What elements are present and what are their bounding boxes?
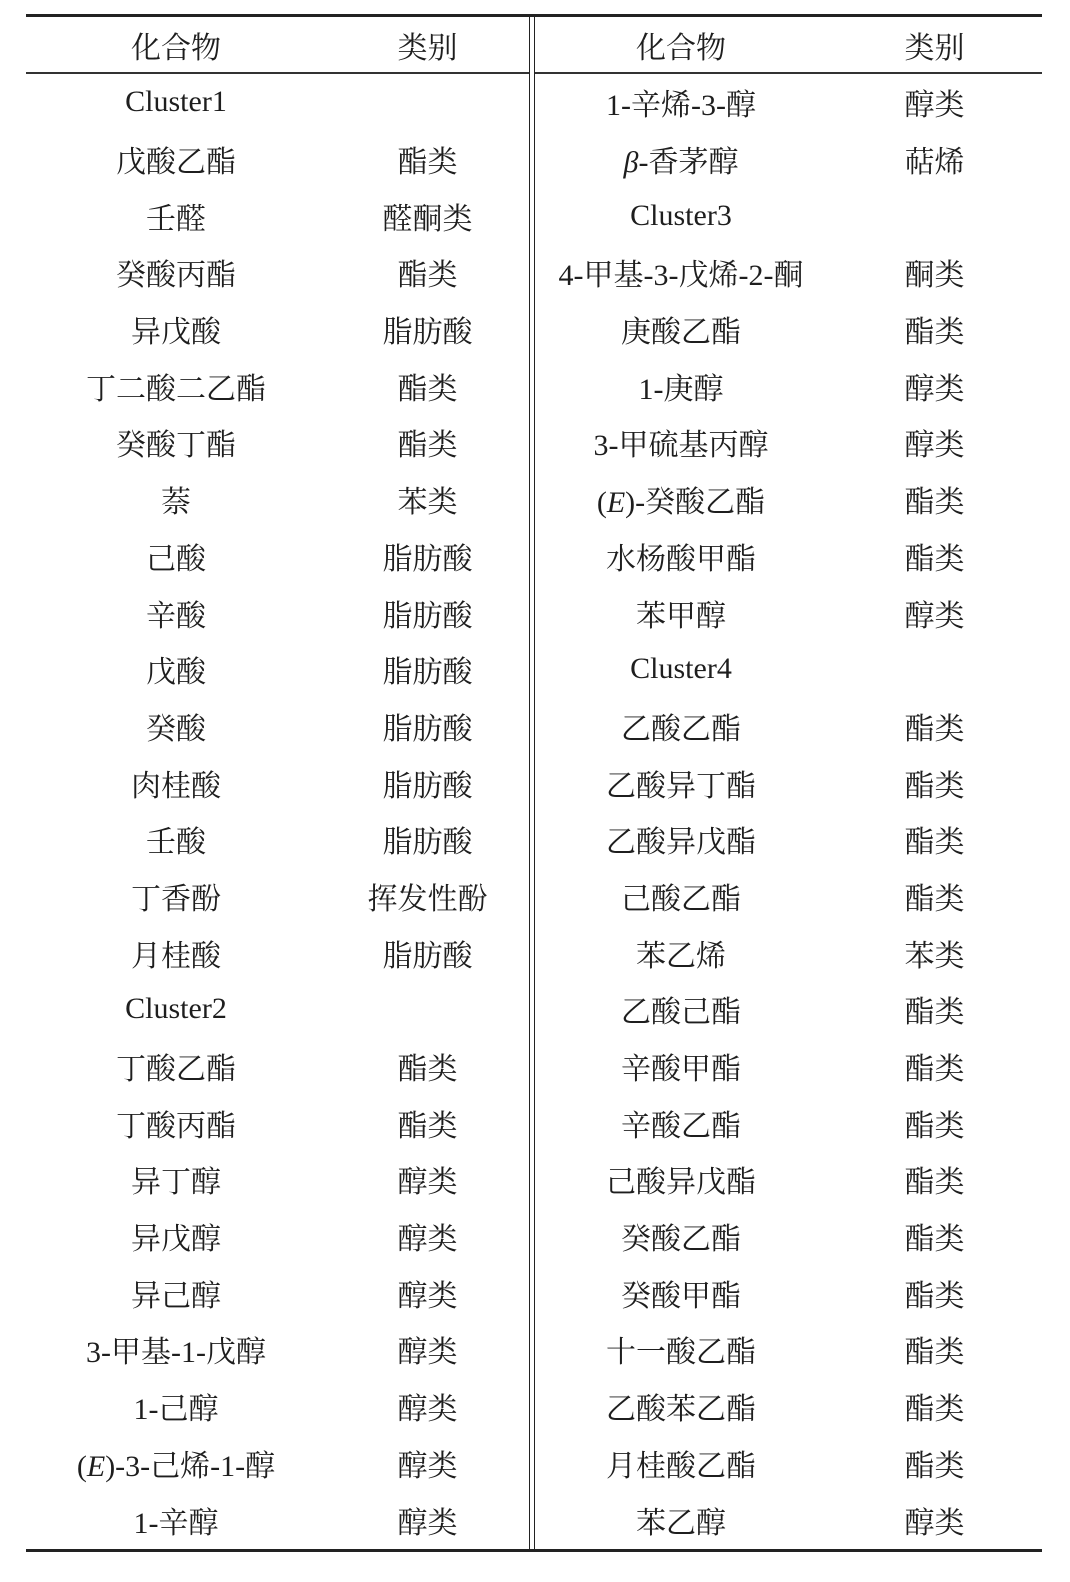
compound-name: 苯甲醇 bbox=[535, 591, 827, 635]
compound-name: 肉桂酸 bbox=[26, 761, 326, 805]
header-compound: 化合物 bbox=[535, 23, 827, 67]
compound-category: 酯类 bbox=[326, 364, 529, 408]
table-row: β-香茅醇萜烯 bbox=[535, 131, 1042, 188]
header-category: 类别 bbox=[827, 23, 1042, 67]
compound-name: 月桂酸乙酯 bbox=[535, 1441, 827, 1485]
table-row: 乙酸异丁酯酯类 bbox=[535, 754, 1042, 811]
compound-name: 苯乙醇 bbox=[535, 1498, 827, 1542]
table-row: 辛酸乙酯酯类 bbox=[535, 1094, 1042, 1151]
compound-name: β-香茅醇 bbox=[535, 137, 827, 181]
compound-category: 酯类 bbox=[827, 1157, 1042, 1201]
table-row: 乙酸异戊酯酯类 bbox=[535, 811, 1042, 868]
compound-name: 辛酸乙酯 bbox=[535, 1101, 827, 1145]
compound-name: 1-庚醇 bbox=[535, 364, 827, 408]
cluster-label: Cluster3 bbox=[535, 199, 827, 233]
table-row: 丁酸丙酯酯类 bbox=[26, 1094, 529, 1151]
compound-category: 酯类 bbox=[827, 307, 1042, 351]
table-header-row: 化合物 类别 bbox=[535, 17, 1042, 74]
table-row: 苯甲醇醇类 bbox=[535, 584, 1042, 641]
compound-category: 酯类 bbox=[827, 1384, 1042, 1428]
compound-category: 脂肪酸 bbox=[326, 647, 529, 691]
compound-category: 酯类 bbox=[827, 534, 1042, 578]
compound-category: 脂肪酸 bbox=[326, 704, 529, 748]
table-right-half: 化合物 类别 1-辛烯-3-醇醇类β-香茅醇萜烯Cluster34-甲基-3-戊… bbox=[535, 17, 1042, 1549]
table-row: 乙酸苯乙酯酯类 bbox=[535, 1378, 1042, 1435]
table-row: 己酸乙酯酯类 bbox=[535, 868, 1042, 925]
table-row: 癸酸甲酯酯类 bbox=[535, 1264, 1042, 1321]
table-row: 1-辛醇醇类 bbox=[26, 1491, 529, 1548]
compound-category: 醇类 bbox=[326, 1214, 529, 1258]
table-row: 1-辛烯-3-醇醇类 bbox=[535, 74, 1042, 131]
compound-category: 脂肪酸 bbox=[326, 534, 529, 578]
compound-name: 苯乙烯 bbox=[535, 931, 827, 975]
compound-category: 醇类 bbox=[827, 80, 1042, 124]
compound-category: 酯类 bbox=[827, 1101, 1042, 1145]
table-row: 1-己醇醇类 bbox=[26, 1378, 529, 1435]
compound-category: 脂肪酸 bbox=[326, 307, 529, 351]
compound-name: 癸酸丁酯 bbox=[26, 420, 326, 464]
compound-category-table: 化合物 类别 Cluster1戊酸乙酯酯类壬醛醛酮类癸酸丙酯酯类异戊酸脂肪酸丁二… bbox=[26, 14, 1042, 1552]
compound-category: 酯类 bbox=[827, 761, 1042, 805]
table-row: 壬醛醛酮类 bbox=[26, 187, 529, 244]
cluster-heading-row: Cluster1 bbox=[26, 74, 529, 131]
compound-name: 癸酸 bbox=[26, 704, 326, 748]
compound-name: 壬酸 bbox=[26, 817, 326, 861]
compound-name: 辛酸甲酯 bbox=[535, 1044, 827, 1088]
table-row: 癸酸丁酯酯类 bbox=[26, 414, 529, 471]
table-row: 癸酸丙酯酯类 bbox=[26, 244, 529, 301]
compound-name: 1-辛醇 bbox=[26, 1498, 326, 1542]
compound-category: 脂肪酸 bbox=[326, 817, 529, 861]
table-row: (E)-3-己烯-1-醇醇类 bbox=[26, 1435, 529, 1492]
compound-category: 酯类 bbox=[827, 987, 1042, 1031]
compound-name: 己酸乙酯 bbox=[535, 874, 827, 918]
table-row: 戊酸乙酯酯类 bbox=[26, 131, 529, 188]
compound-name: 水杨酸甲酯 bbox=[535, 534, 827, 578]
compound-category: 苯类 bbox=[326, 477, 529, 521]
compound-category: 酯类 bbox=[326, 420, 529, 464]
cluster-label: Cluster1 bbox=[26, 85, 326, 119]
table-row: 辛酸甲酯酯类 bbox=[535, 1038, 1042, 1095]
compound-name: 丁二酸二乙酯 bbox=[26, 364, 326, 408]
table-row: 肉桂酸脂肪酸 bbox=[26, 754, 529, 811]
compound-category: 酯类 bbox=[827, 477, 1042, 521]
table-row: 戊酸脂肪酸 bbox=[26, 641, 529, 698]
compound-name: 乙酸乙酯 bbox=[535, 704, 827, 748]
compound-name: 月桂酸 bbox=[26, 931, 326, 975]
table-row: 异丁醇醇类 bbox=[26, 1151, 529, 1208]
compound-category: 酯类 bbox=[326, 137, 529, 181]
compound-name: 癸酸乙酯 bbox=[535, 1214, 827, 1258]
compound-name: 己酸异戊酯 bbox=[535, 1157, 827, 1201]
compound-name: 庚酸乙酯 bbox=[535, 307, 827, 351]
compound-category: 酯类 bbox=[326, 1044, 529, 1088]
compound-category: 酯类 bbox=[827, 1044, 1042, 1088]
compound-category: 酯类 bbox=[827, 704, 1042, 748]
compound-category: 醇类 bbox=[326, 1157, 529, 1201]
compound-name: 3-甲基-1-戊醇 bbox=[26, 1327, 326, 1371]
compound-name: 乙酸异丁酯 bbox=[535, 761, 827, 805]
compound-category: 酯类 bbox=[827, 1271, 1042, 1315]
compound-name: 乙酸苯乙酯 bbox=[535, 1384, 827, 1428]
table-row: 乙酸乙酯酯类 bbox=[535, 698, 1042, 755]
table-row: 月桂酸脂肪酸 bbox=[26, 924, 529, 981]
compound-name: 辛酸 bbox=[26, 591, 326, 635]
table-row: 庚酸乙酯酯类 bbox=[535, 301, 1042, 358]
header-compound: 化合物 bbox=[26, 23, 326, 67]
compound-category: 酯类 bbox=[827, 1441, 1042, 1485]
compound-name: 戊酸乙酯 bbox=[26, 137, 326, 181]
compound-category: 醇类 bbox=[827, 1498, 1042, 1542]
table-row: 己酸脂肪酸 bbox=[26, 528, 529, 585]
table-row: 辛酸脂肪酸 bbox=[26, 584, 529, 641]
table-row: 壬酸脂肪酸 bbox=[26, 811, 529, 868]
compound-category: 醇类 bbox=[326, 1441, 529, 1485]
table-row: 丁二酸二乙酯酯类 bbox=[26, 357, 529, 414]
table-row: 己酸异戊酯酯类 bbox=[535, 1151, 1042, 1208]
cluster-label: Cluster2 bbox=[26, 992, 326, 1026]
header-category: 类别 bbox=[326, 23, 529, 67]
table-row: 1-庚醇醇类 bbox=[535, 357, 1042, 414]
table-row: 乙酸己酯酯类 bbox=[535, 981, 1042, 1038]
compound-category: 酯类 bbox=[326, 250, 529, 294]
compound-name: 萘 bbox=[26, 477, 326, 521]
compound-name: 4-甲基-3-戊烯-2-酮 bbox=[535, 250, 827, 294]
cluster-heading-row: Cluster2 bbox=[26, 981, 529, 1038]
compound-name: 壬醛 bbox=[26, 194, 326, 238]
table-left-half: 化合物 类别 Cluster1戊酸乙酯酯类壬醛醛酮类癸酸丙酯酯类异戊酸脂肪酸丁二… bbox=[26, 17, 529, 1549]
cluster-heading-row: Cluster3 bbox=[535, 187, 1042, 244]
compound-name: 异丁醇 bbox=[26, 1157, 326, 1201]
table-row: 水杨酸甲酯酯类 bbox=[535, 528, 1042, 585]
table-row: 异己醇醇类 bbox=[26, 1264, 529, 1321]
compound-category: 醛酮类 bbox=[326, 194, 529, 238]
table-row: 异戊醇醇类 bbox=[26, 1208, 529, 1265]
compound-name: 异戊酸 bbox=[26, 307, 326, 351]
table-body-right: 1-辛烯-3-醇醇类β-香茅醇萜烯Cluster34-甲基-3-戊烯-2-酮酮类… bbox=[535, 74, 1042, 1548]
compound-name: 3-甲硫基丙醇 bbox=[535, 420, 827, 464]
compound-category: 酯类 bbox=[827, 874, 1042, 918]
compound-name: 乙酸异戊酯 bbox=[535, 817, 827, 861]
table-row: 3-甲硫基丙醇醇类 bbox=[535, 414, 1042, 471]
compound-category: 挥发性酚 bbox=[326, 874, 529, 918]
table-row: 苯乙醇醇类 bbox=[535, 1491, 1042, 1548]
table-row: 异戊酸脂肪酸 bbox=[26, 301, 529, 358]
compound-name: (E)-癸酸乙酯 bbox=[535, 477, 827, 521]
compound-name: 十一酸乙酯 bbox=[535, 1327, 827, 1371]
compound-category: 酯类 bbox=[827, 817, 1042, 861]
compound-name: 丁酸丙酯 bbox=[26, 1101, 326, 1145]
cluster-label: Cluster4 bbox=[535, 652, 827, 686]
compound-name: 异己醇 bbox=[26, 1271, 326, 1315]
cluster-heading-row: Cluster4 bbox=[535, 641, 1042, 698]
compound-category: 醇类 bbox=[326, 1327, 529, 1371]
compound-category: 醇类 bbox=[827, 364, 1042, 408]
compound-name: 戊酸 bbox=[26, 647, 326, 691]
table-row: 月桂酸乙酯酯类 bbox=[535, 1435, 1042, 1492]
compound-category: 醇类 bbox=[827, 591, 1042, 635]
compound-category: 酯类 bbox=[827, 1214, 1042, 1258]
compound-category: 脂肪酸 bbox=[326, 761, 529, 805]
compound-name: 乙酸己酯 bbox=[535, 987, 827, 1031]
compound-category: 醇类 bbox=[326, 1498, 529, 1542]
compound-name: 己酸 bbox=[26, 534, 326, 578]
compound-category: 萜烯 bbox=[827, 137, 1042, 181]
table-row: 癸酸乙酯酯类 bbox=[535, 1208, 1042, 1265]
table-row: 4-甲基-3-戊烯-2-酮酮类 bbox=[535, 244, 1042, 301]
compound-category: 脂肪酸 bbox=[326, 591, 529, 635]
compound-name: 丁香酚 bbox=[26, 874, 326, 918]
compound-category: 苯类 bbox=[827, 931, 1042, 975]
compound-category: 醇类 bbox=[326, 1384, 529, 1428]
compound-category: 酯类 bbox=[326, 1101, 529, 1145]
table-row: 丁香酚挥发性酚 bbox=[26, 868, 529, 925]
compound-name: 异戊醇 bbox=[26, 1214, 326, 1258]
compound-name: 癸酸丙酯 bbox=[26, 250, 326, 294]
table-row: 萘苯类 bbox=[26, 471, 529, 528]
table-row: 苯乙烯苯类 bbox=[535, 924, 1042, 981]
compound-name: 癸酸甲酯 bbox=[535, 1271, 827, 1315]
compound-name: 1-己醇 bbox=[26, 1384, 326, 1428]
compound-category: 醇类 bbox=[326, 1271, 529, 1315]
table-row: 3-甲基-1-戊醇醇类 bbox=[26, 1321, 529, 1378]
compound-category: 酯类 bbox=[827, 1327, 1042, 1371]
compound-category: 醇类 bbox=[827, 420, 1042, 464]
compound-name: 丁酸乙酯 bbox=[26, 1044, 326, 1088]
compound-category: 酮类 bbox=[827, 250, 1042, 294]
compound-name: (E)-3-己烯-1-醇 bbox=[26, 1441, 326, 1485]
table-row: (E)-癸酸乙酯酯类 bbox=[535, 471, 1042, 528]
table-body-left: Cluster1戊酸乙酯酯类壬醛醛酮类癸酸丙酯酯类异戊酸脂肪酸丁二酸二乙酯酯类癸… bbox=[26, 74, 529, 1548]
table-row: 十一酸乙酯酯类 bbox=[535, 1321, 1042, 1378]
compound-category: 脂肪酸 bbox=[326, 931, 529, 975]
table-header-row: 化合物 类别 bbox=[26, 17, 529, 74]
table-row: 癸酸脂肪酸 bbox=[26, 698, 529, 755]
table-row: 丁酸乙酯酯类 bbox=[26, 1038, 529, 1095]
compound-name: 1-辛烯-3-醇 bbox=[535, 80, 827, 124]
